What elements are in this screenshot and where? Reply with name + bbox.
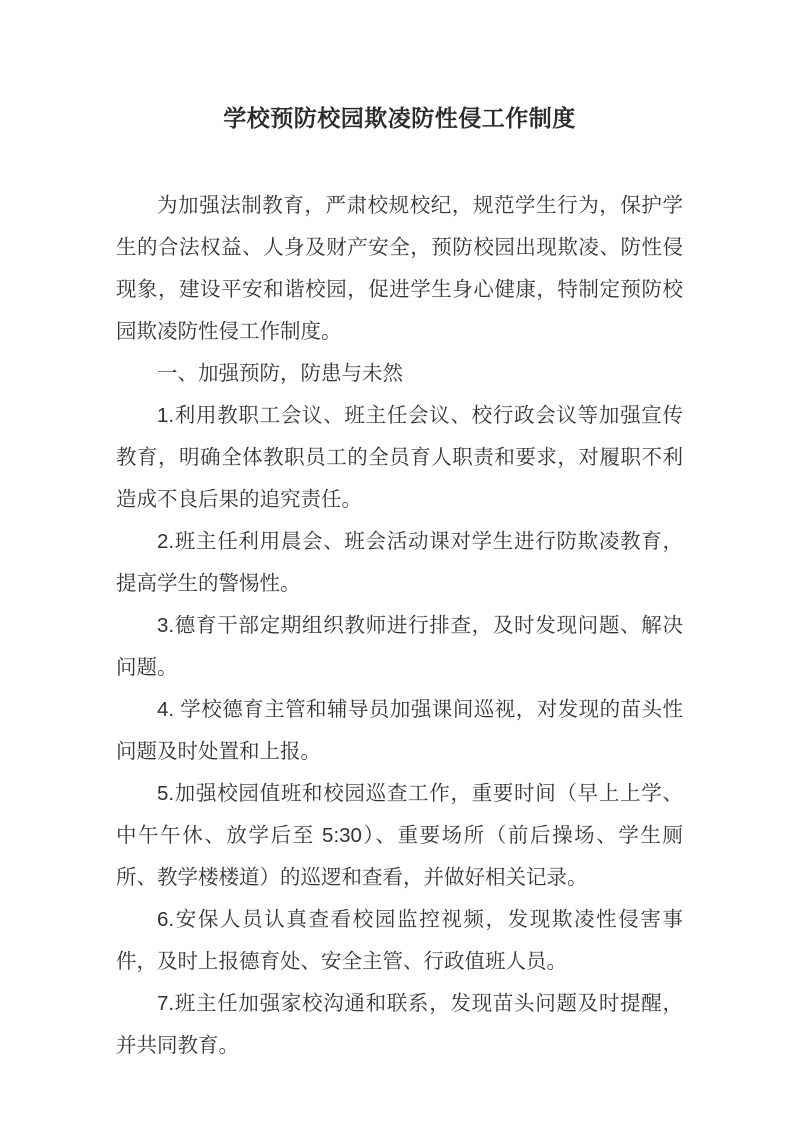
document-paragraph: 为加强法制教育，严肃校规校纪，规范学生行为，保护学生的合法权益、人身及财产安全，… — [116, 185, 683, 353]
document-paragraph: 5.加强校园值班和校园巡查工作，重要时间（早上上学、中午午休、放学后至 5:30… — [116, 773, 683, 899]
document-paragraph: 一、加强预防，防患与未然 — [116, 353, 683, 395]
document-body: 为加强法制教育，严肃校规校纪，规范学生行为，保护学生的合法权益、人身及财产安全，… — [116, 185, 683, 1067]
document-paragraph: 7.班主任加强家校沟通和联系，发现苗头问题及时提醒，并共同教育。 — [116, 983, 683, 1067]
document-paragraph: 3.德育干部定期组织教师进行排查，及时发现问题、解决问题。 — [116, 605, 683, 689]
document-page: 学校预防校园欺凌防性侵工作制度 为加强法制教育，严肃校规校纪，规范学生行为，保护… — [0, 0, 793, 1122]
document-paragraph: 6.安保人员认真查看校园监控视频，发现欺凌性侵害事件，及时上报德育处、安全主管、… — [116, 899, 683, 983]
document-paragraph: 1.利用教职工会议、班主任会议、校行政会议等加强宣传教育，明确全体教职员工的全员… — [116, 395, 683, 521]
document-title: 学校预防校园欺凌防性侵工作制度 — [116, 97, 683, 139]
document-paragraph: 2.班主任利用晨会、班会活动课对学生进行防欺凌教育，提高学生的警惕性。 — [116, 521, 683, 605]
document-paragraph: 4. 学校德育主管和辅导员加强课间巡视，对发现的苗头性问题及时处置和上报。 — [116, 689, 683, 773]
